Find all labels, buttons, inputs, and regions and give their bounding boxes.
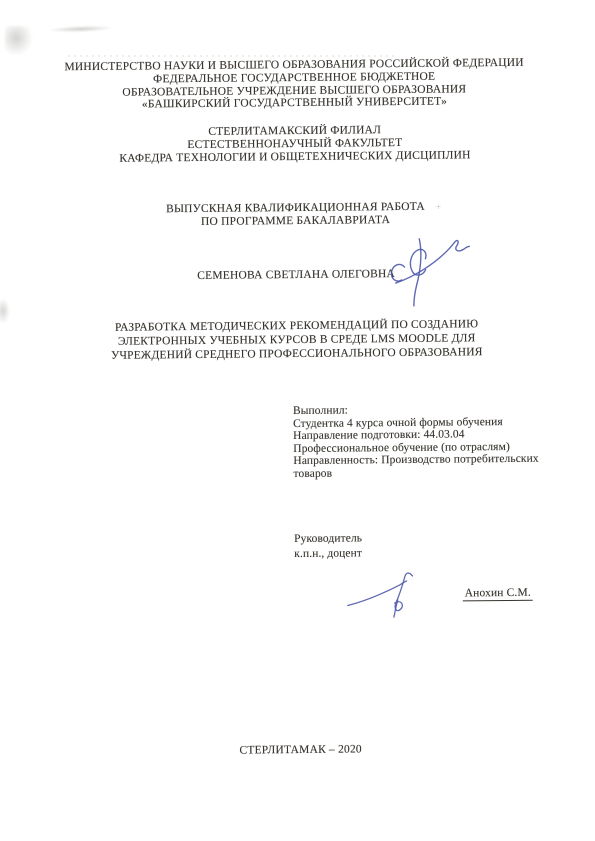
student-signature — [381, 226, 474, 311]
work-type-heading: ВЫПУСКНАЯ КВАЛИФИКАЦИОННАЯ РАБОТА ПО ПРО… — [0, 199, 593, 231]
city-year: СТЕРЛИТАМАК – 2020 — [3, 741, 595, 759]
supervisor-name: Анохин С.М. — [463, 587, 533, 602]
performer-profile-line: товаров — [293, 466, 553, 481]
supervisor-info: Руководитель к.п.н., доцент — [294, 530, 554, 561]
document-page: МИНИСТЕРСТВО НАУКИ И ВЫСШЕГО ОБРАЗОВАНИЯ… — [0, 0, 595, 841]
performer-profile-line: Направленность: Производство потребитель… — [293, 453, 553, 468]
supervisor-degree: к.п.н., доцент — [294, 544, 554, 561]
scanned-sheet: МИНИСТЕРСТВО НАУКИ И ВЫСШЕГО ОБРАЗОВАНИЯ… — [0, 0, 595, 841]
branch-header: СТЕРЛИТАМАКСКИЙ ФИЛИАЛ ЕСТЕСТВЕННОНАУЧНЫ… — [0, 122, 593, 167]
author-name: СЕМЕНОВА СВЕТЛАНА ОЛЕГОВНА — [0, 266, 594, 285]
thesis-title: РАЗРАБОТКА МЕТОДИЧЕСКИХ РЕКОМЕНДАЦИЙ ПО … — [0, 316, 594, 364]
supervisor-signature — [339, 567, 428, 624]
ministry-header: МИНИСТЕРСТВО НАУКИ И ВЫСШЕГО ОБРАЗОВАНИЯ… — [0, 56, 592, 113]
performer-info: Выполнил: Студентка 4 курса очной формы … — [293, 403, 554, 481]
